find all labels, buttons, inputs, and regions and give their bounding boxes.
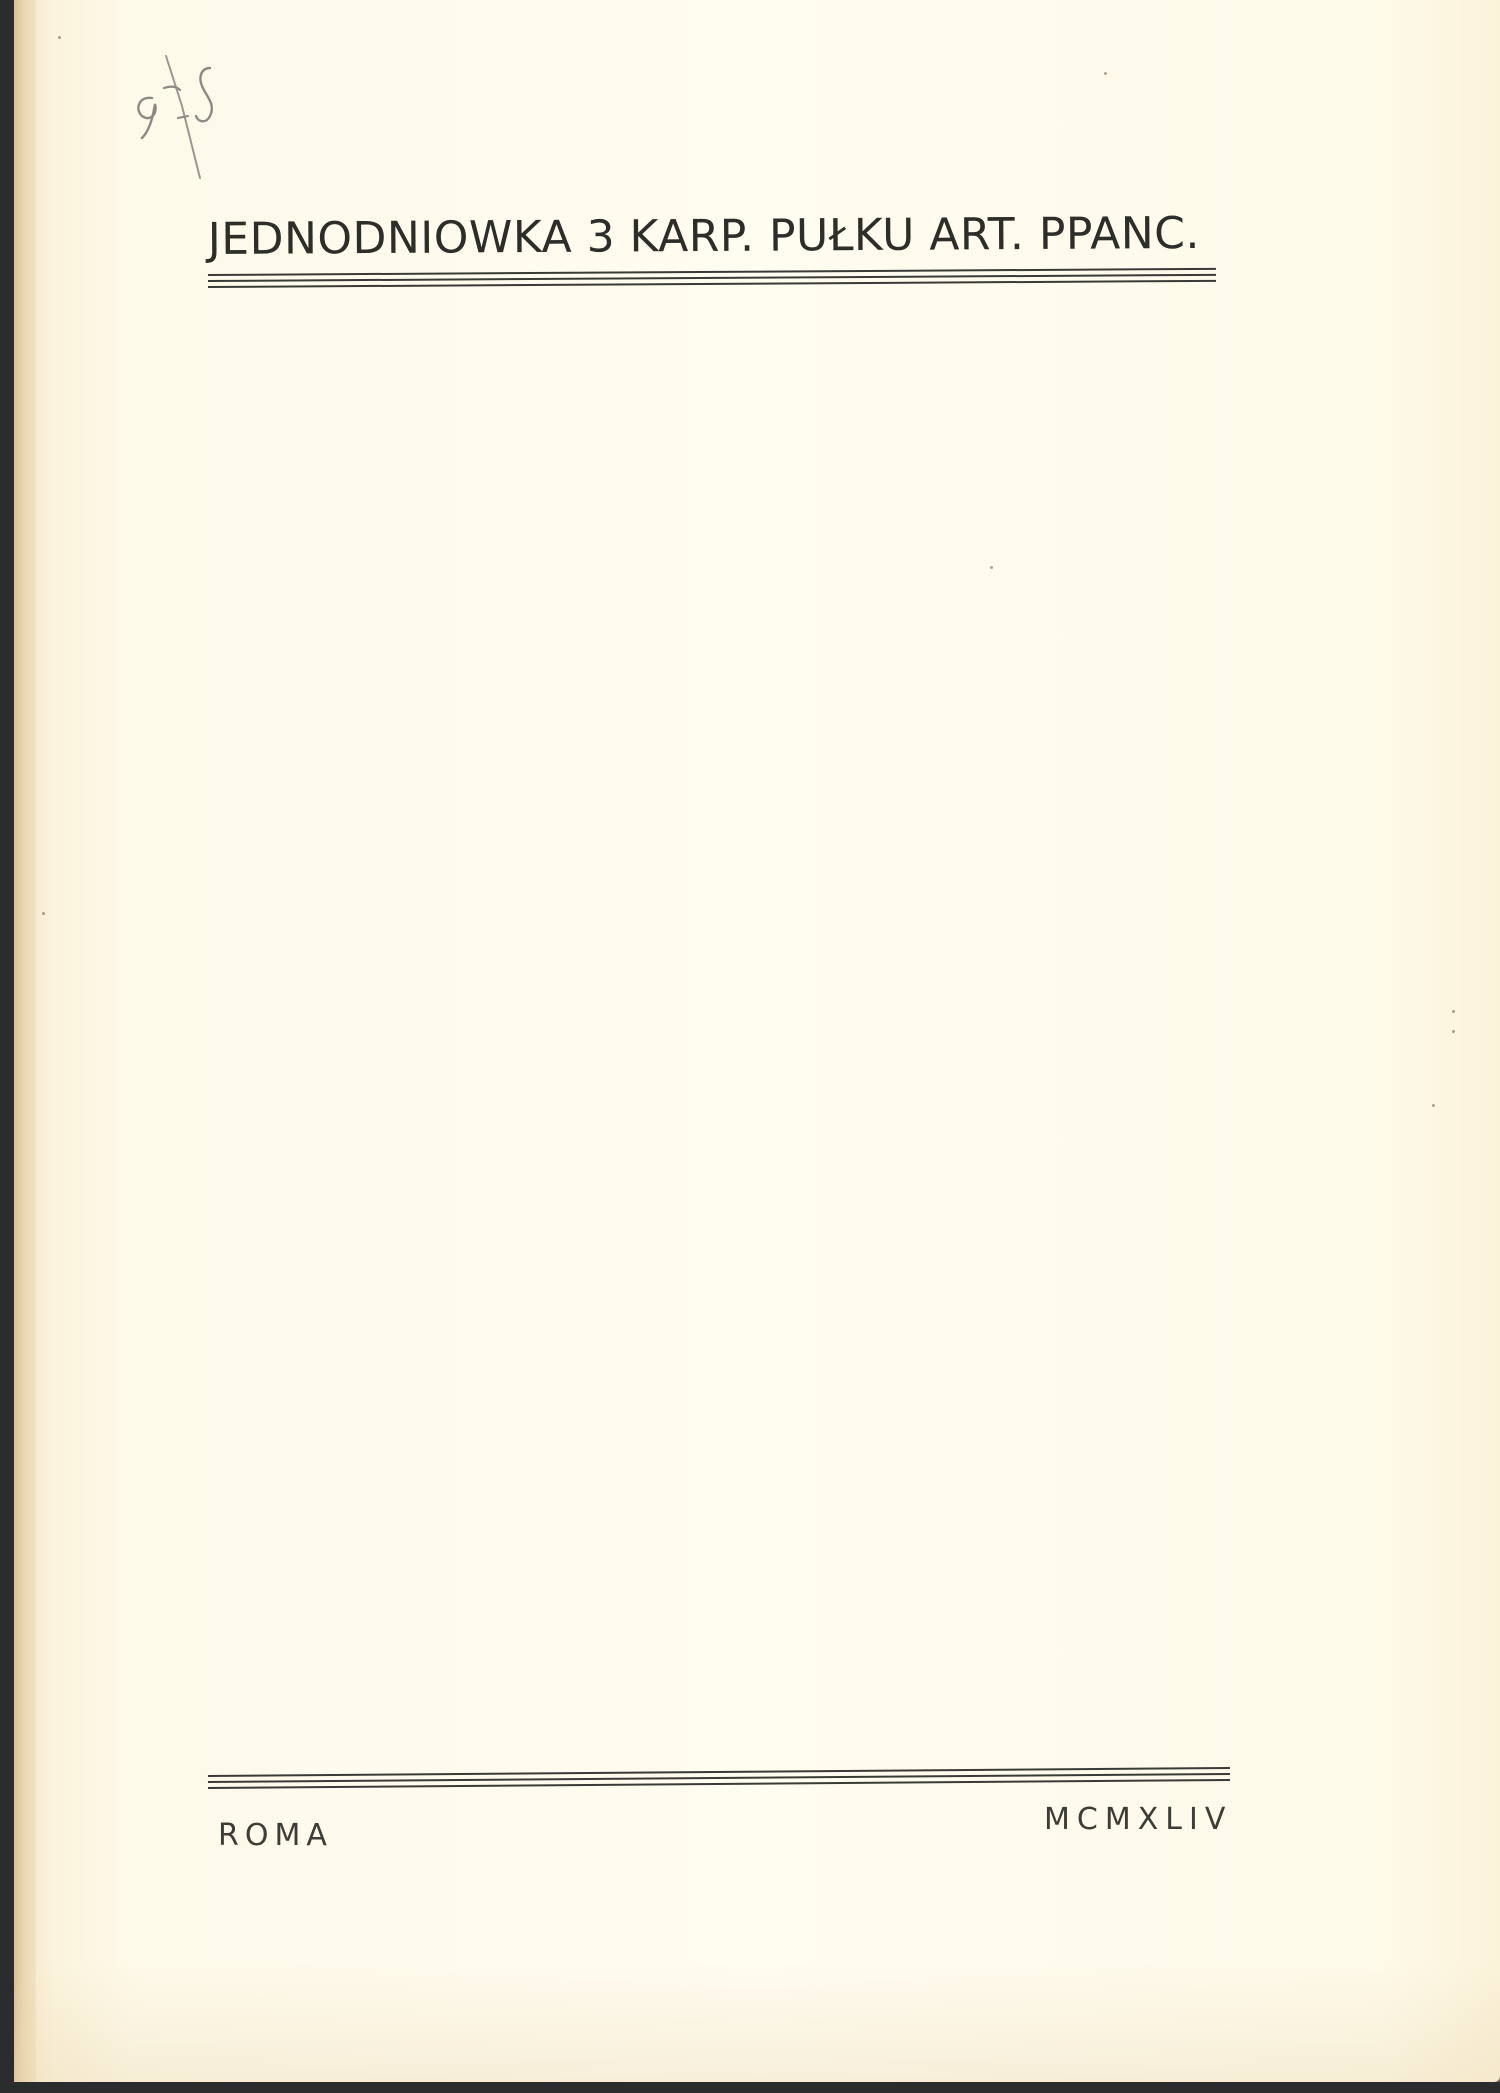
paper-speck <box>42 912 45 915</box>
footer-triple-rule <box>208 1767 1230 1789</box>
document-title: JEDNODNIOWKA 3 KARP. PUŁKU ART. PPANC. <box>208 208 1200 265</box>
paper-speck <box>58 36 61 39</box>
handwritten-pencil-note: 975 <box>122 46 222 186</box>
paper-speck <box>990 566 993 569</box>
document-cover-page: 975 JEDNODNIOWKA 3 KARP. PUŁKU ART. PPAN… <box>14 0 1500 2082</box>
publication-place: ROMA <box>218 1818 333 1853</box>
publication-year: MCMXLIV <box>1044 1802 1232 1837</box>
paper-speck <box>1452 1030 1455 1033</box>
paper-speck <box>1104 72 1107 75</box>
paper-speck <box>1432 1104 1435 1107</box>
paper-speck <box>1452 1010 1455 1013</box>
title-triple-rule <box>208 268 1216 288</box>
